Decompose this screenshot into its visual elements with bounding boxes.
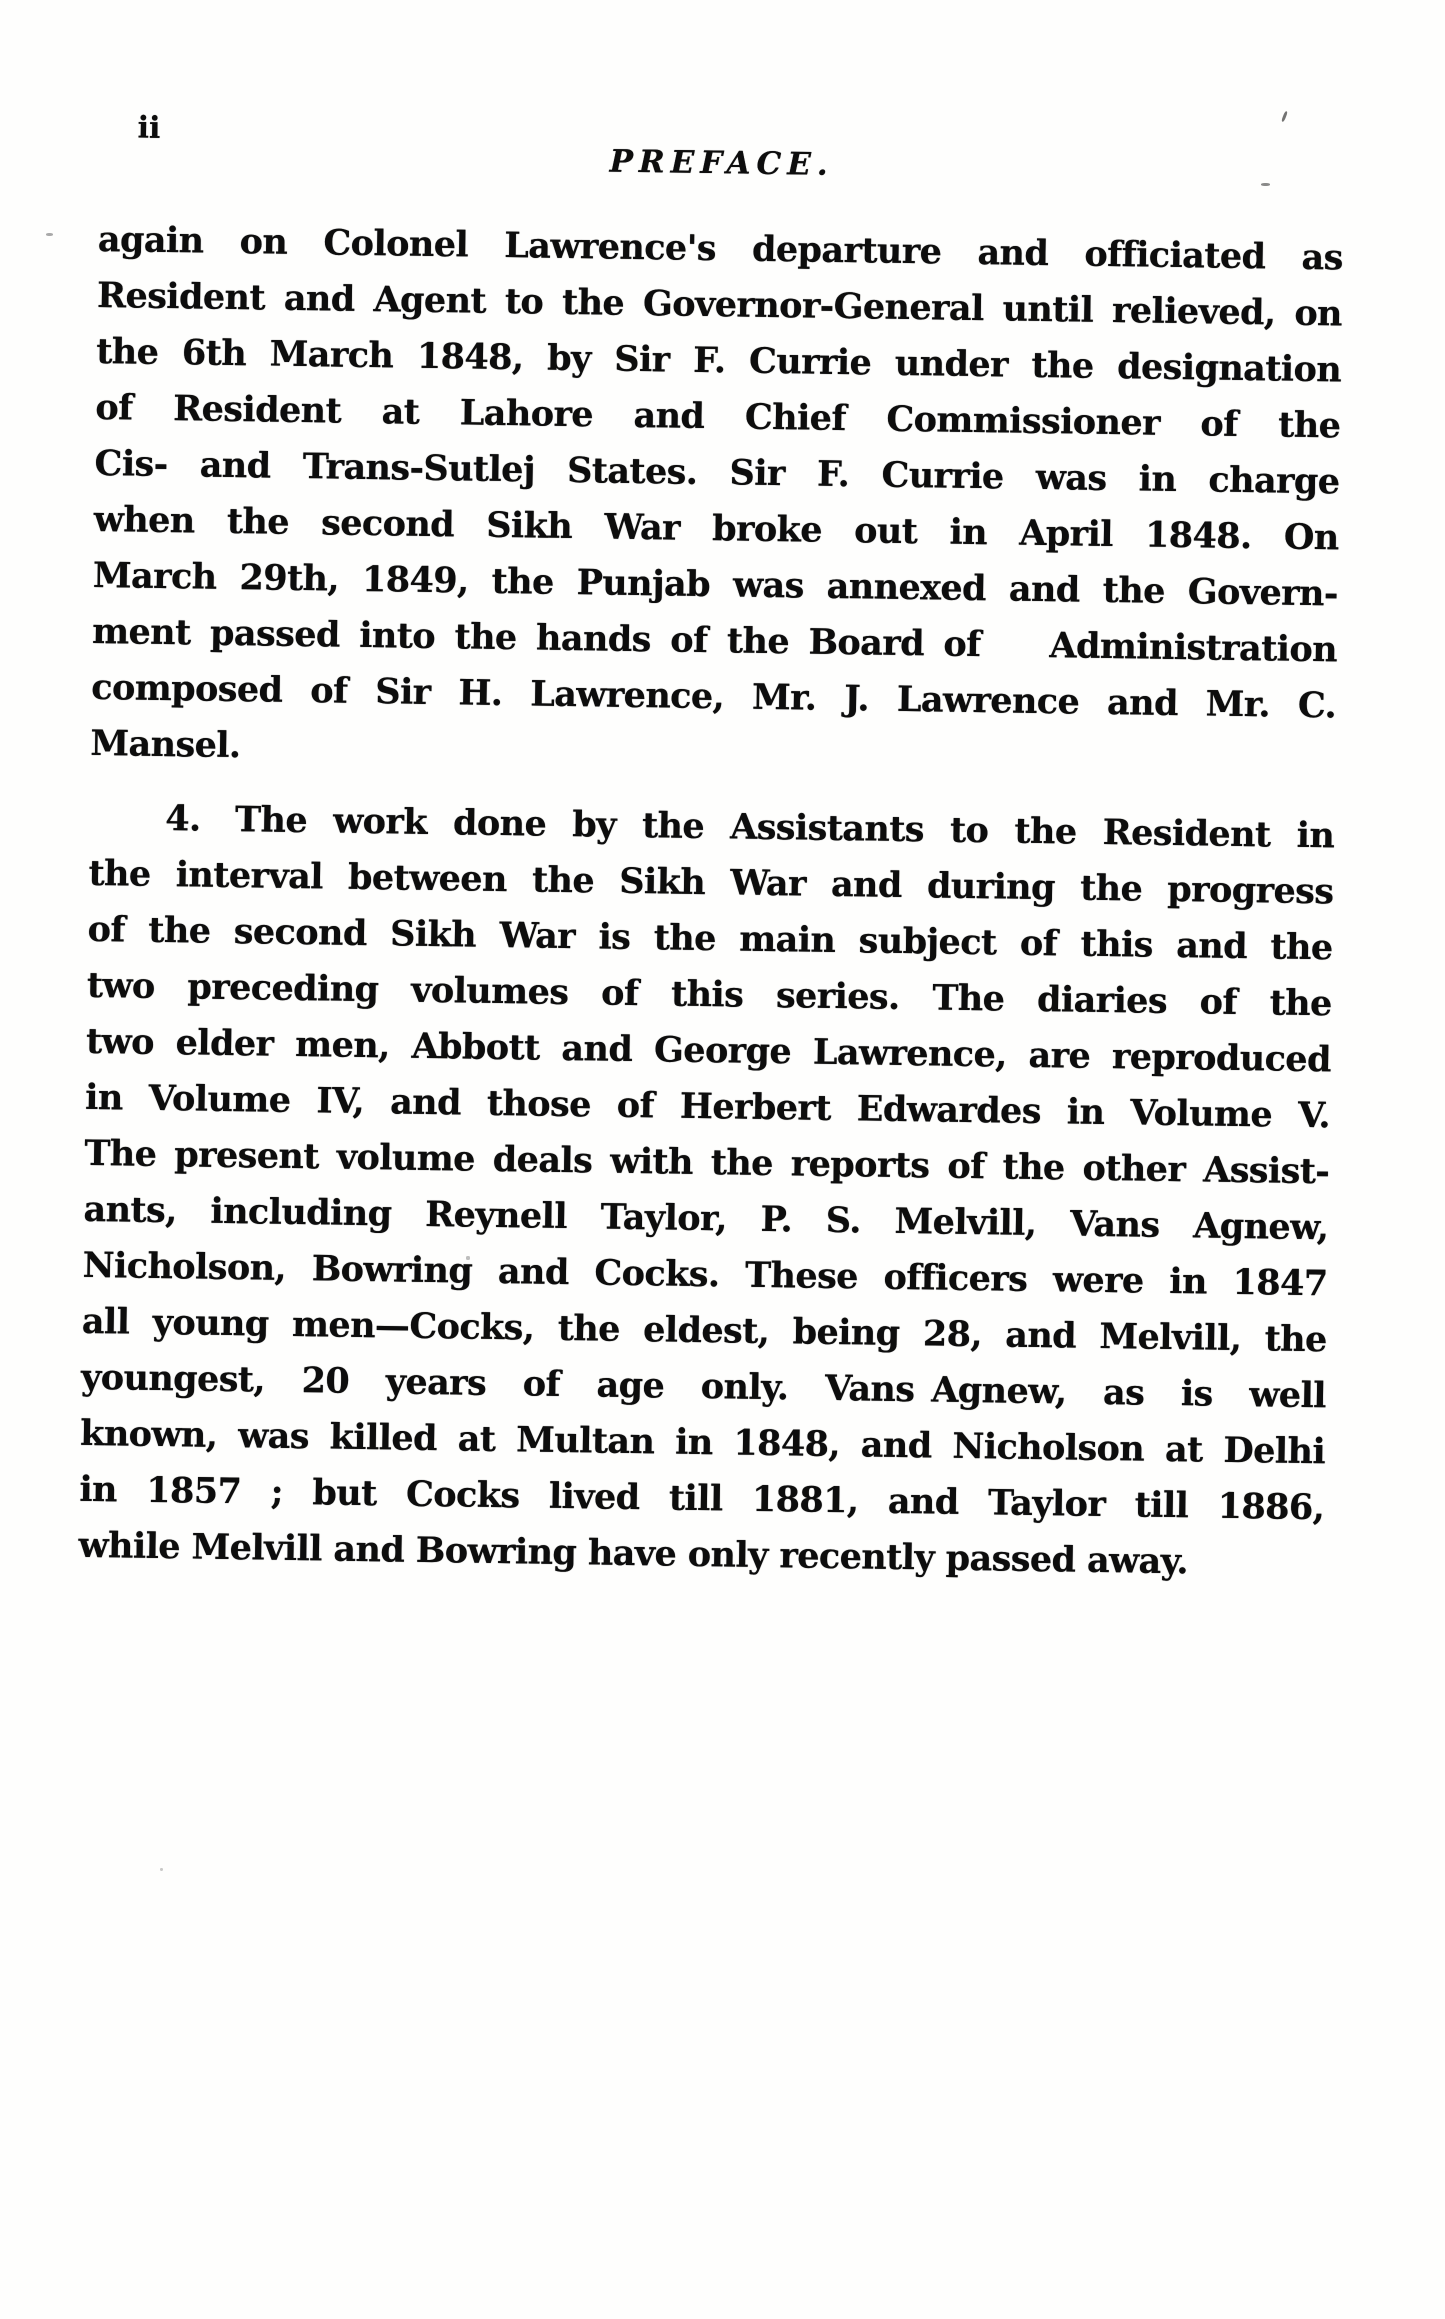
- scan-speck: [46, 233, 53, 236]
- page-header: ii PREFACE.: [99, 100, 1345, 178]
- scan-speck: [466, 1256, 470, 1260]
- paragraph: 4. The work done by the Assistants to th…: [78, 790, 1334, 1592]
- scan-speck: [160, 1868, 163, 1871]
- scan-speck: [1261, 183, 1270, 186]
- scanned-page: ii PREFACE. again on Colonel Lawrence's …: [78, 100, 1345, 1592]
- paragraph: again on Colonel Lawrence's departure an…: [90, 212, 1343, 790]
- page-title: PREFACE.: [99, 136, 1344, 190]
